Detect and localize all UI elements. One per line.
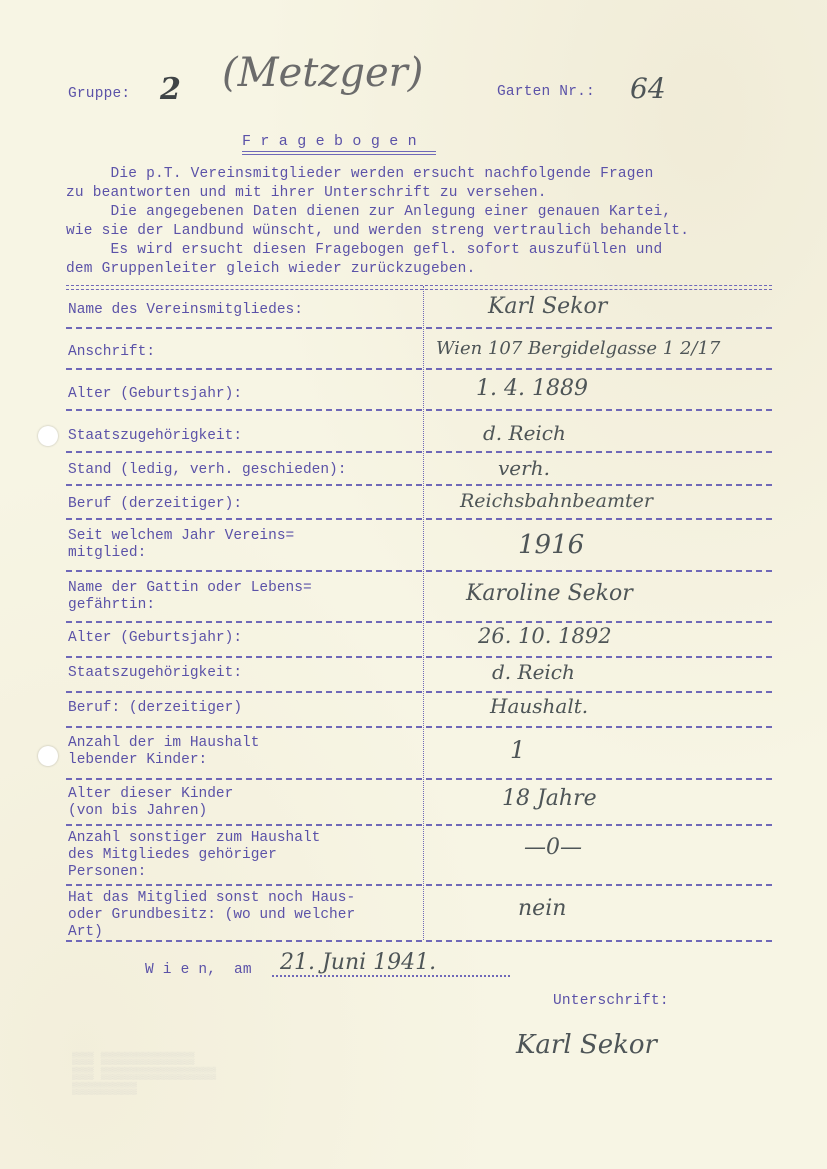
row-separator: [66, 884, 772, 886]
row-label-citizenship: Staatszugehörigkeit:: [68, 428, 242, 445]
row-label-address: Anschrift:: [68, 344, 155, 361]
title-underline: [242, 151, 436, 155]
date-dotted-line: [272, 975, 510, 977]
gruppe-note: (Metzger): [222, 50, 423, 96]
row-label-member-since: Seit welchem Jahr Vereins= mitglied:: [68, 528, 294, 562]
row-label-birth-year: Alter (Geburtsjahr):: [68, 386, 242, 403]
row-value-spouse-birth-year: 26. 10. 1892: [478, 624, 612, 648]
row-separator: [66, 824, 772, 826]
garten-label: Garten Nr.:: [497, 84, 595, 100]
intro-line: Die p.T. Vereinsmitglieder werden ersuch…: [66, 165, 689, 184]
row-separator: [66, 691, 772, 693]
row-separator: [66, 484, 772, 486]
row-separator: [66, 656, 772, 658]
signature-label: Unterschrift:: [553, 993, 669, 1009]
row-value-children-age: 18 Jahre: [502, 786, 597, 811]
garten-value: 64: [630, 72, 666, 105]
row-value-birth-year: 1. 4. 1889: [476, 376, 588, 401]
row-value-citizenship: d. Reich: [483, 421, 566, 445]
date-value: 21. Juni 1941.: [280, 950, 436, 975]
row-separator: [66, 621, 772, 623]
row-label-spouse-citizenship: Staatszugehörigkeit:: [68, 665, 242, 682]
row-label-property: Hat das Mitglied sonst noch Haus- oder G…: [68, 890, 355, 941]
row-label-other-persons: Anzahl sonstiger zum Haushalt des Mitgli…: [68, 830, 320, 881]
gruppe-value: 2: [160, 72, 181, 107]
row-label-spouse-birth-year: Alter (Geburtsjahr):: [68, 630, 242, 647]
row-value-marital-status: verh.: [498, 456, 550, 480]
row-label-spouse-name: Name der Gattin oder Lebens= gefährtin:: [68, 580, 312, 614]
row-value-children-count: 1: [510, 736, 525, 764]
row-label-marital-status: Stand (ledig, verh. geschieden):: [68, 462, 346, 479]
row-separator: [66, 409, 772, 411]
row-separator: [66, 778, 772, 780]
row-value-other-persons: —0—: [524, 835, 582, 860]
row-separator: [66, 726, 772, 728]
row-value-occupation: Reichsbahnbeamter: [460, 490, 653, 512]
intro-line: zu beantworten und mit ihrer Unterschrif…: [66, 184, 689, 203]
row-value-property: nein: [518, 896, 566, 921]
intro-text: Die p.T. Vereinsmitglieder werden ersuch…: [66, 165, 689, 279]
row-value-spouse-name: Karoline Sekor: [466, 581, 633, 606]
row-label-children-age: Alter dieser Kinder (von bis Jahren): [68, 786, 233, 820]
row-separator: [66, 570, 772, 572]
row-label-children-count: Anzahl der im Haushalt lebender Kinder:: [68, 735, 259, 769]
row-value-spouse-occupation: Haushalt.: [490, 694, 588, 718]
bleed-through-text: ▒▒▒ ▒▒▒▒▒▒▒▒▒▒▒▒▒ ▒▒▒ ▒▒▒▒▒▒▒▒▒▒▒▒▒▒▒▒ ▒…: [72, 1052, 216, 1097]
column-divider: [423, 286, 424, 940]
intro-line: Die angegebenen Daten dienen zur Anlegun…: [66, 203, 689, 222]
row-label-member-name: Name des Vereinsmitgliedes:: [68, 302, 303, 319]
row-separator: [66, 368, 772, 370]
intro-line: dem Gruppenleiter gleich wieder zurückzu…: [66, 260, 689, 279]
row-label-occupation: Beruf (derzeitiger):: [68, 496, 242, 513]
punch-hole-top: [38, 426, 58, 446]
row-value-address: Wien 107 Bergidelgasse 1 2/17: [436, 338, 720, 359]
row-separator: [66, 327, 772, 329]
intro-line: wie sie der Landbund wünscht, und werden…: [66, 222, 689, 241]
row-value-spouse-citizenship: d. Reich: [492, 660, 575, 684]
signature-value: Karl Sekor: [516, 1030, 657, 1060]
row-value-member-name: Karl Sekor: [488, 294, 607, 319]
row-separator: [66, 518, 772, 520]
row-label-spouse-occupation: Beruf: (derzeitiger): [68, 700, 242, 717]
form-title: F r a g e b o g e n: [242, 133, 417, 150]
intro-line: Es wird ersucht diesen Fragebogen gefl. …: [66, 241, 689, 260]
gruppe-label: Gruppe:: [68, 86, 130, 102]
row-separator: [66, 451, 772, 453]
table-top-border: [66, 285, 772, 290]
place-label: W i e n, am: [145, 962, 252, 978]
row-value-member-since: 1916: [518, 530, 584, 560]
punch-hole-bottom: [38, 746, 58, 766]
